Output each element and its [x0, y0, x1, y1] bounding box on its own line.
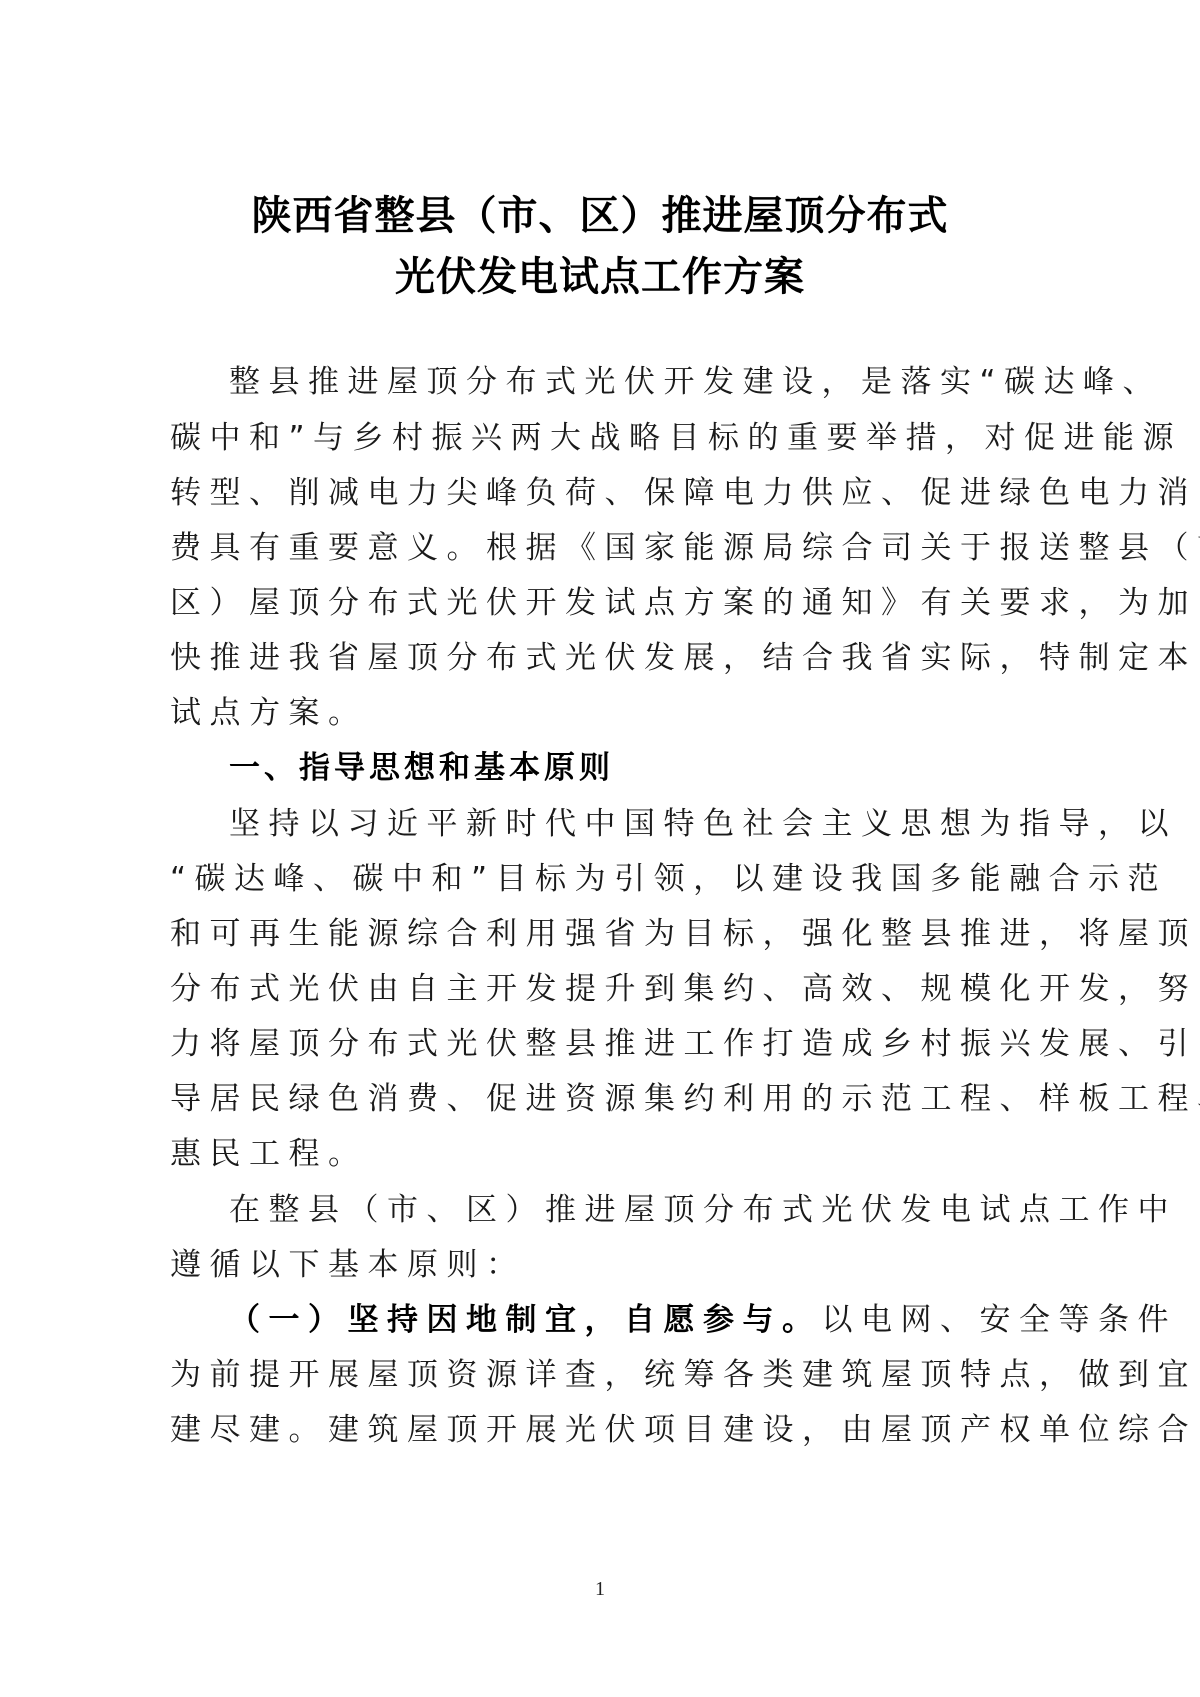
document-title-line-1: 陕西省整县（市、区）推进屋顶分布式 — [0, 196, 1200, 236]
paragraph-line: 惠民工程。 — [170, 1139, 960, 1170]
paragraph-line: 分布式光伏由自主开发提升到集约、高效、规模化开发，努 — [170, 974, 960, 1005]
paragraph-line: 转型、削减电力尖峰负荷、保障电力供应、促进绿色电力消 — [170, 478, 960, 509]
paragraph-line: 区）屋顶分布式光伏开发试点方案的通知》有关要求，为加 — [170, 588, 960, 619]
paragraph-line: 整县推进屋顶分布式光伏开发建设，是落实“碳达峰、 — [229, 367, 1019, 398]
paragraph-line: 遵循以下基本原则： — [170, 1250, 960, 1281]
paragraph-line: 试点方案。 — [170, 698, 960, 729]
paragraph-line: 坚持以习近平新时代中国特色社会主义思想为指导，以 — [229, 809, 1019, 840]
paragraph-line: 导居民绿色消费、促进资源集约利用的示范工程、样板工程、 — [170, 1084, 960, 1115]
paragraph-line: “碳达峰、碳中和”目标为引领，以建设我国多能融合示范 — [170, 864, 960, 895]
section-heading: 一、指导思想和基本原则 — [229, 753, 1019, 784]
paragraph-line: 在整县（市、区）推进屋顶分布式光伏发电试点工作中 — [229, 1195, 1019, 1226]
document-page: 陕西省整县（市、区）推进屋顶分布式 光伏发电试点工作方案 整县推进屋顶分布式光伏… — [0, 0, 1200, 1697]
principle-1-heading: （一）坚持因地制宜，自愿参与。 — [229, 1302, 822, 1338]
paragraph-line: 碳中和”与乡村振兴两大战略目标的重要举措，对促进能源 — [170, 423, 960, 454]
paragraph-line: 建尽建。建筑屋顶开展光伏项目建设，由屋顶产权单位综合 — [170, 1415, 960, 1446]
principle-1-line: （一）坚持因地制宜，自愿参与。以电网、安全等条件 — [229, 1305, 1019, 1336]
paragraph-line: 费具有重要意义。根据《国家能源局综合司关于报送整县（市、 — [170, 533, 960, 564]
paragraph-line: 快推进我省屋顶分布式光伏发展，结合我省实际，特制定本 — [170, 643, 960, 674]
paragraph-line: 力将屋顶分布式光伏整县推进工作打造成乡村振兴发展、引 — [170, 1029, 960, 1060]
principle-1-text: 以电网、安全等条件 — [822, 1302, 1178, 1338]
paragraph-line: 和可再生能源综合利用强省为目标，强化整县推进，将屋顶 — [170, 919, 960, 950]
paragraph-line: 为前提开展屋顶资源详查，统筹各类建筑屋顶特点，做到宜 — [170, 1360, 960, 1391]
document-title-line-2: 光伏发电试点工作方案 — [0, 257, 1200, 297]
page-number: 1 — [0, 1578, 1200, 1601]
